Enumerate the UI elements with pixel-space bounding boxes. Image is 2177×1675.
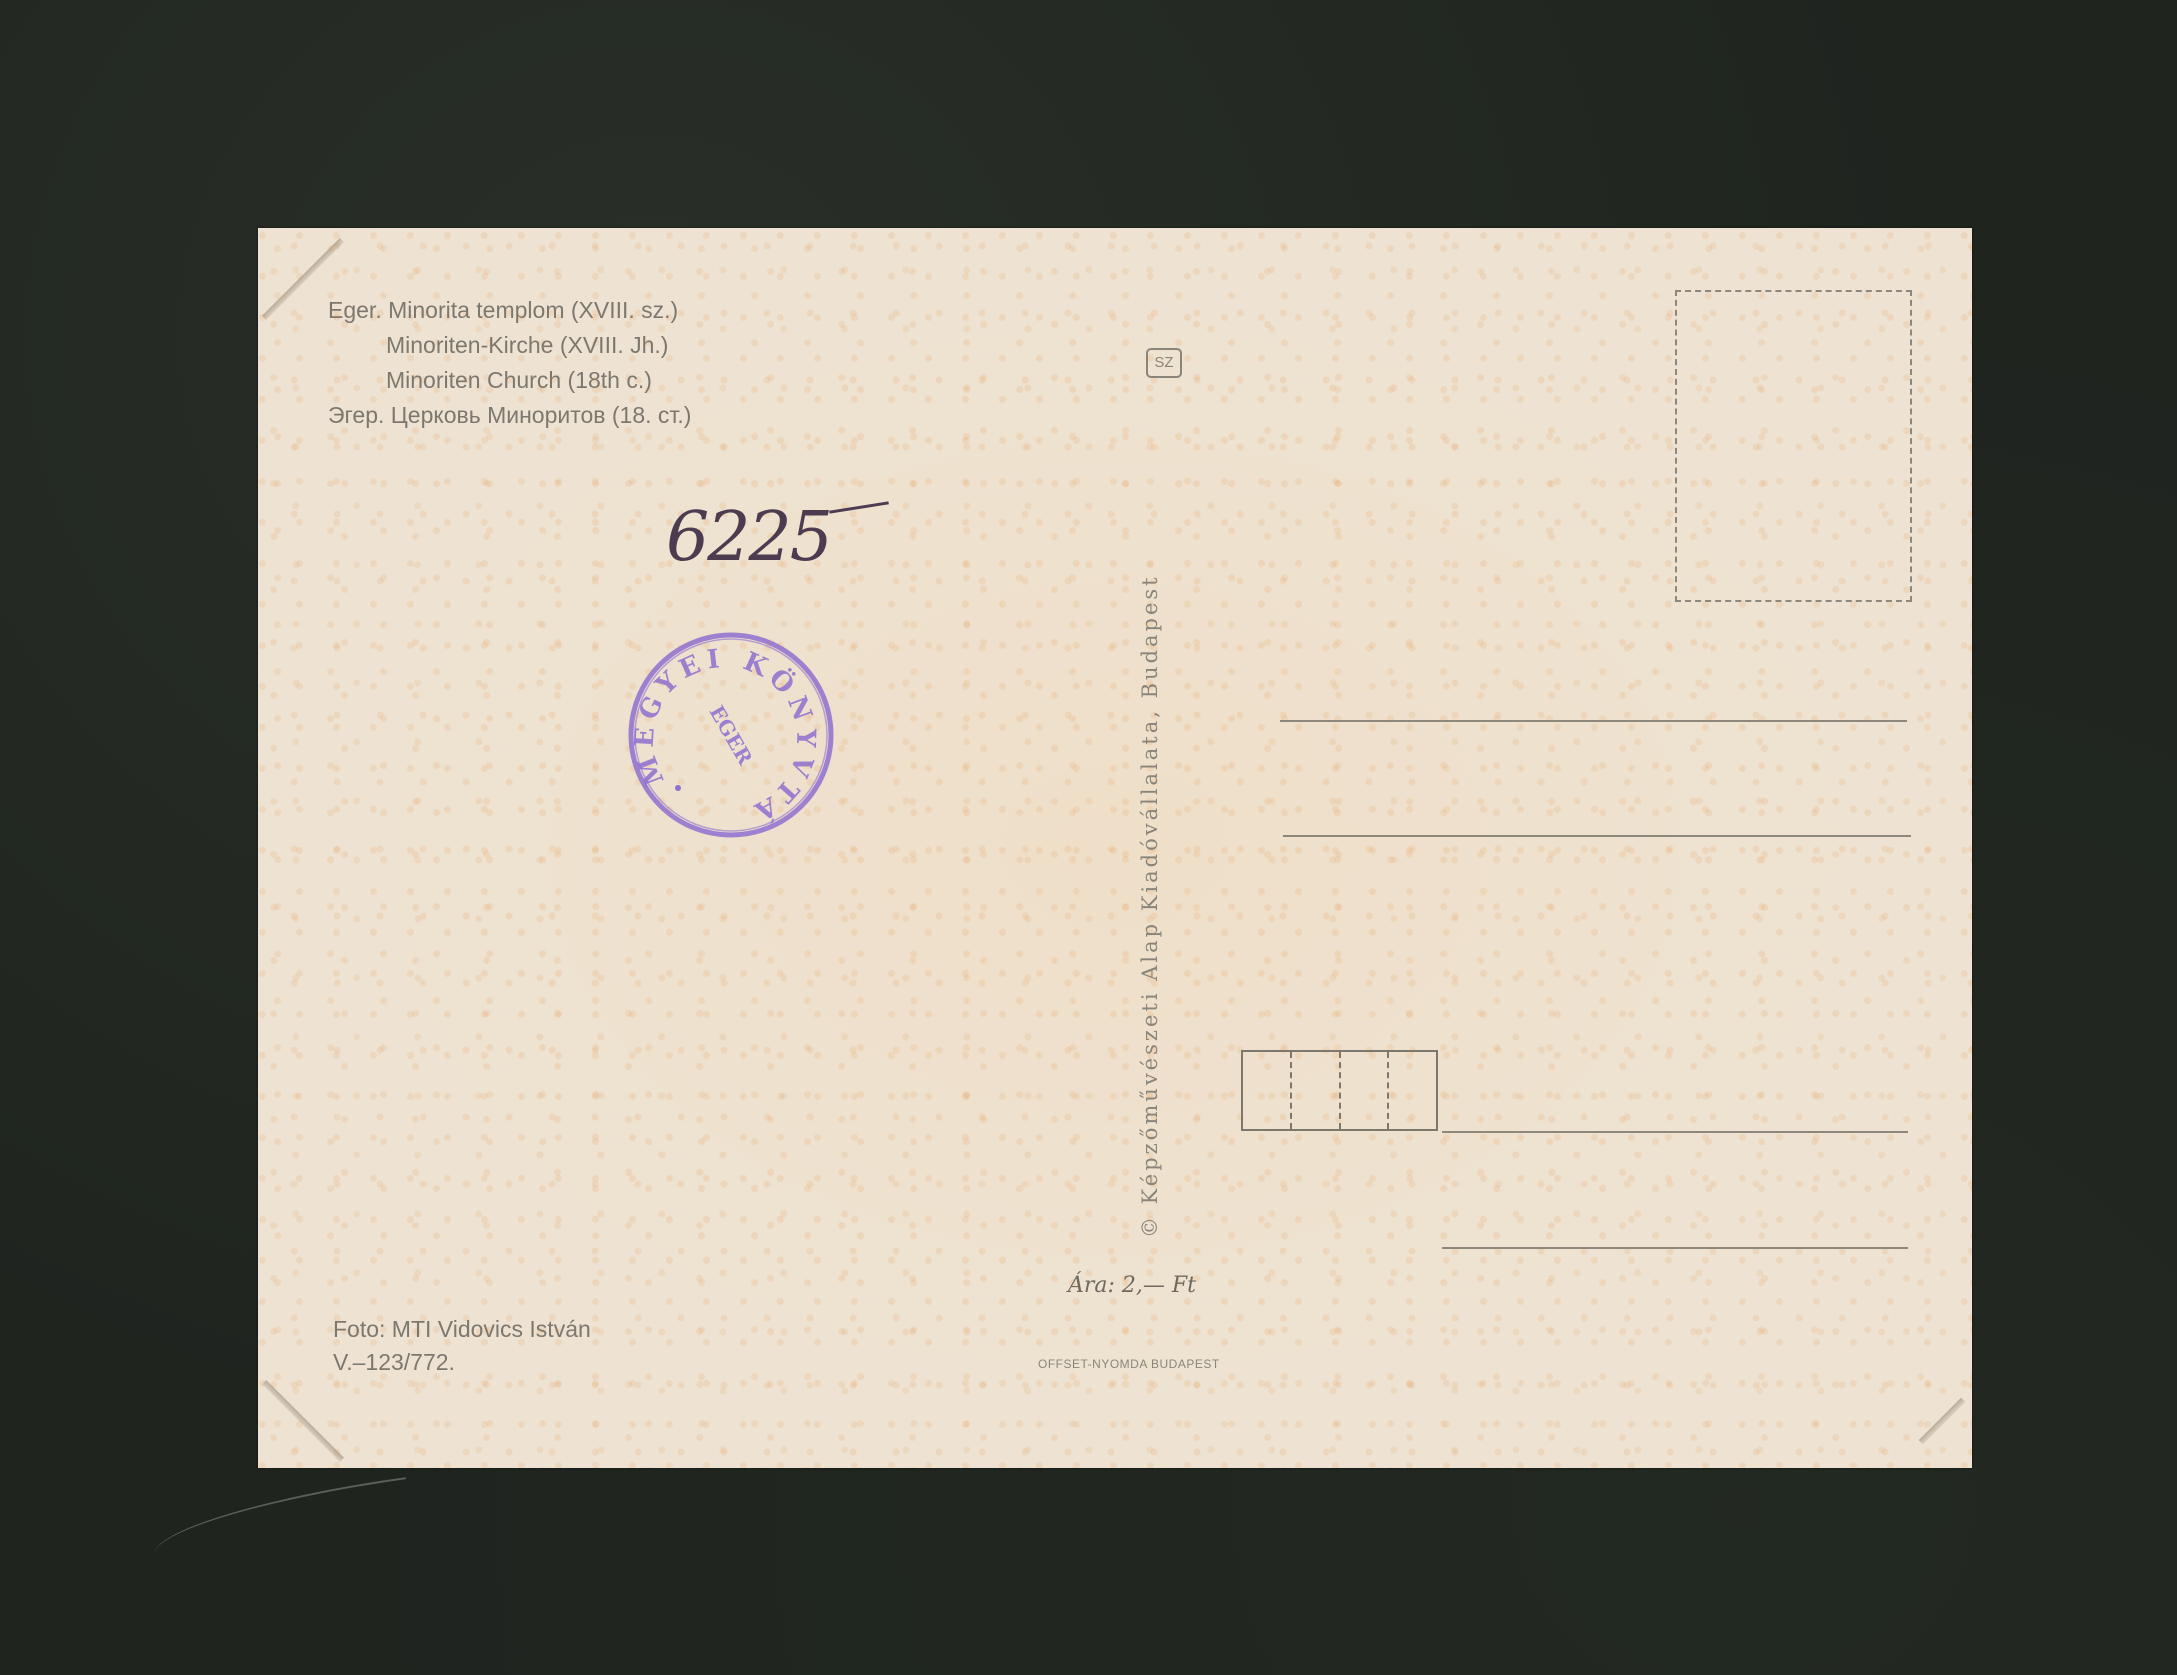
postage-stamp-placeholder (1675, 290, 1912, 602)
photo-credit-line: Foto: MTI Vidovics István (333, 1313, 591, 1346)
library-stamp: MEGYEI KÖNYVTÁR EGER (626, 630, 836, 840)
svg-text:EGER: EGER (705, 701, 758, 769)
library-stamp-seal-icon: MEGYEI KÖNYVTÁR EGER (626, 630, 836, 840)
caption-english: Minoriten Church (18th c.) (386, 363, 652, 398)
postcode-cell (1339, 1052, 1388, 1129)
scanner-glare (148, 1477, 411, 1555)
address-line (1283, 835, 1911, 837)
address-line (1442, 1131, 1908, 1133)
postcode-cell (1387, 1052, 1436, 1129)
postcode-boxes (1241, 1050, 1438, 1131)
postcard-back: Eger. Minorita templom (XVIII. sz.) Mino… (258, 228, 1972, 1468)
price-label: Ára: 2,— Ft (1068, 1273, 1196, 1298)
printer-imprint: OFFSET-NYOMDA BUDAPEST (1038, 1357, 1220, 1371)
postcode-cell (1290, 1052, 1339, 1129)
mount-corner-bottom-left (262, 1380, 344, 1462)
address-line (1442, 1247, 1908, 1249)
caption-russian: Эгер. Церковь Миноритов (18. ст.) (328, 398, 691, 433)
handwritten-inventory-number: 6225 (666, 498, 831, 577)
caption-german: Minoriten-Kirche (XVIII. Jh.) (386, 328, 668, 363)
photo-credits: Foto: MTI Vidovics István V.–123/772. (333, 1313, 591, 1379)
publisher-imprint: © Képzőművészeti Alap Kiadóvállalata, Bu… (1138, 574, 1162, 1238)
publisher-logo-badge: SZ (1146, 348, 1182, 378)
postcode-cell (1243, 1052, 1290, 1129)
caption-hungarian: Eger. Minorita templom (XVIII. sz.) (328, 293, 678, 328)
mount-corner-bottom-right (1919, 1398, 1966, 1445)
address-line (1280, 720, 1907, 722)
catalog-code: V.–123/772. (333, 1346, 591, 1379)
